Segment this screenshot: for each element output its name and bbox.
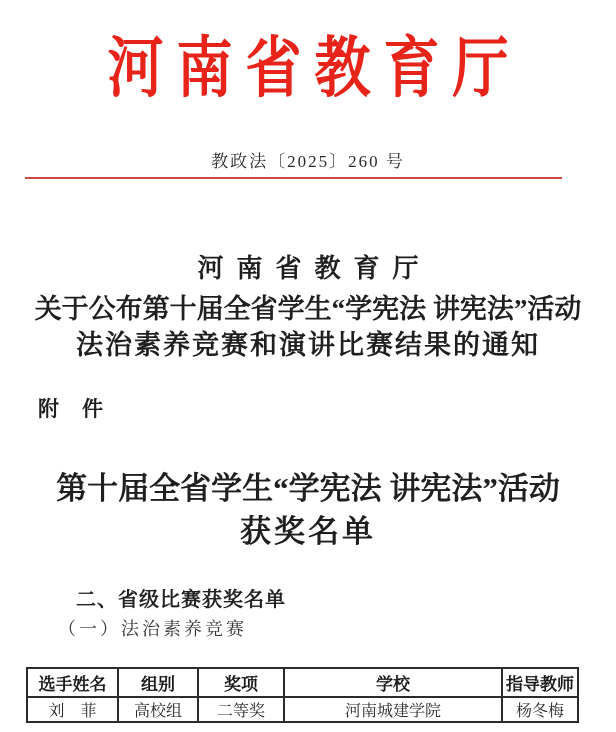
table-header-row: 选手姓名 组别 奖项 学校 指导教师	[27, 668, 578, 697]
table-header-group: 组别	[118, 668, 198, 697]
table-header-contestant-name: 选手姓名	[27, 668, 118, 697]
sub-heading-legal-literacy-competition: （一）法治素养竞赛	[58, 615, 247, 641]
red-divider-line	[25, 177, 562, 179]
table-row: 刘 菲 高校组 二等奖 河南城建学院 杨冬梅	[27, 697, 578, 722]
notice-title-line2: 法治素养竞赛和演讲比赛结果的通知	[0, 323, 616, 362]
cell-school: 河南城建学院	[284, 697, 502, 722]
notice-title-line1: 关于公布第十届全省学生“学宪法 讲宪法”活动	[0, 287, 616, 326]
cell-group: 高校组	[118, 697, 198, 722]
cell-award: 二等奖	[198, 697, 284, 722]
table-header-award: 奖项	[198, 668, 284, 697]
section-heading-provincial-awards: 二、省级比赛获奖名单	[76, 583, 286, 612]
award-list-title-line2: 获奖名单	[0, 506, 616, 551]
attachment-label: 附 件	[38, 393, 104, 423]
official-document-page: 河南省教育厅 教政法〔2025〕260 号 河南省教育厅 关于公布第十届全省学生…	[0, 0, 616, 732]
document-number: 教政法〔2025〕260 号	[0, 147, 616, 172]
table-header-school: 学校	[284, 668, 502, 697]
notice-org-title: 河南省教育厅	[0, 248, 616, 285]
letterhead-title: 河南省教育厅	[0, 16, 616, 110]
award-table: 选手姓名 组别 奖项 学校 指导教师 刘 菲 高校组 二等奖 河南城建学院 杨冬…	[26, 667, 579, 723]
cell-contestant-name: 刘 菲	[27, 697, 118, 722]
cell-advisor: 杨冬梅	[502, 697, 578, 722]
award-list-title-line1: 第十届全省学生“学宪法 讲宪法”活动	[0, 463, 616, 508]
table-header-advisor: 指导教师	[502, 668, 578, 697]
